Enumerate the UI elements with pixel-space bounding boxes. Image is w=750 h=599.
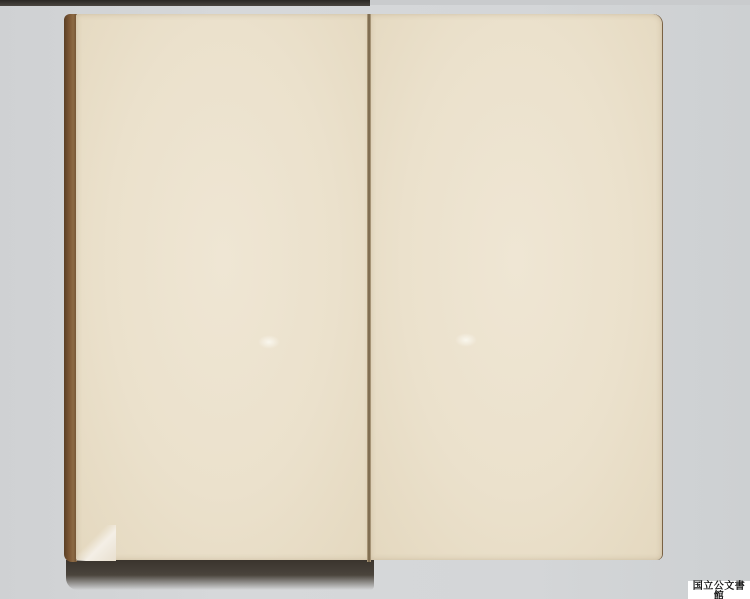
watermark-japanese: 国立公文書館 — [688, 582, 750, 599]
folded-page-corner — [76, 525, 116, 561]
top-background-edge — [370, 0, 750, 5]
paper-crease-left — [258, 335, 280, 349]
archive-watermark: 国立公文書館 National Archives of Japan — [688, 581, 750, 599]
paper-crease-right — [455, 333, 477, 347]
top-dark-edge — [0, 0, 370, 6]
book-gutter — [367, 14, 371, 562]
book-cover-shadow — [66, 560, 374, 590]
right-page — [370, 14, 662, 560]
left-page — [76, 14, 370, 560]
